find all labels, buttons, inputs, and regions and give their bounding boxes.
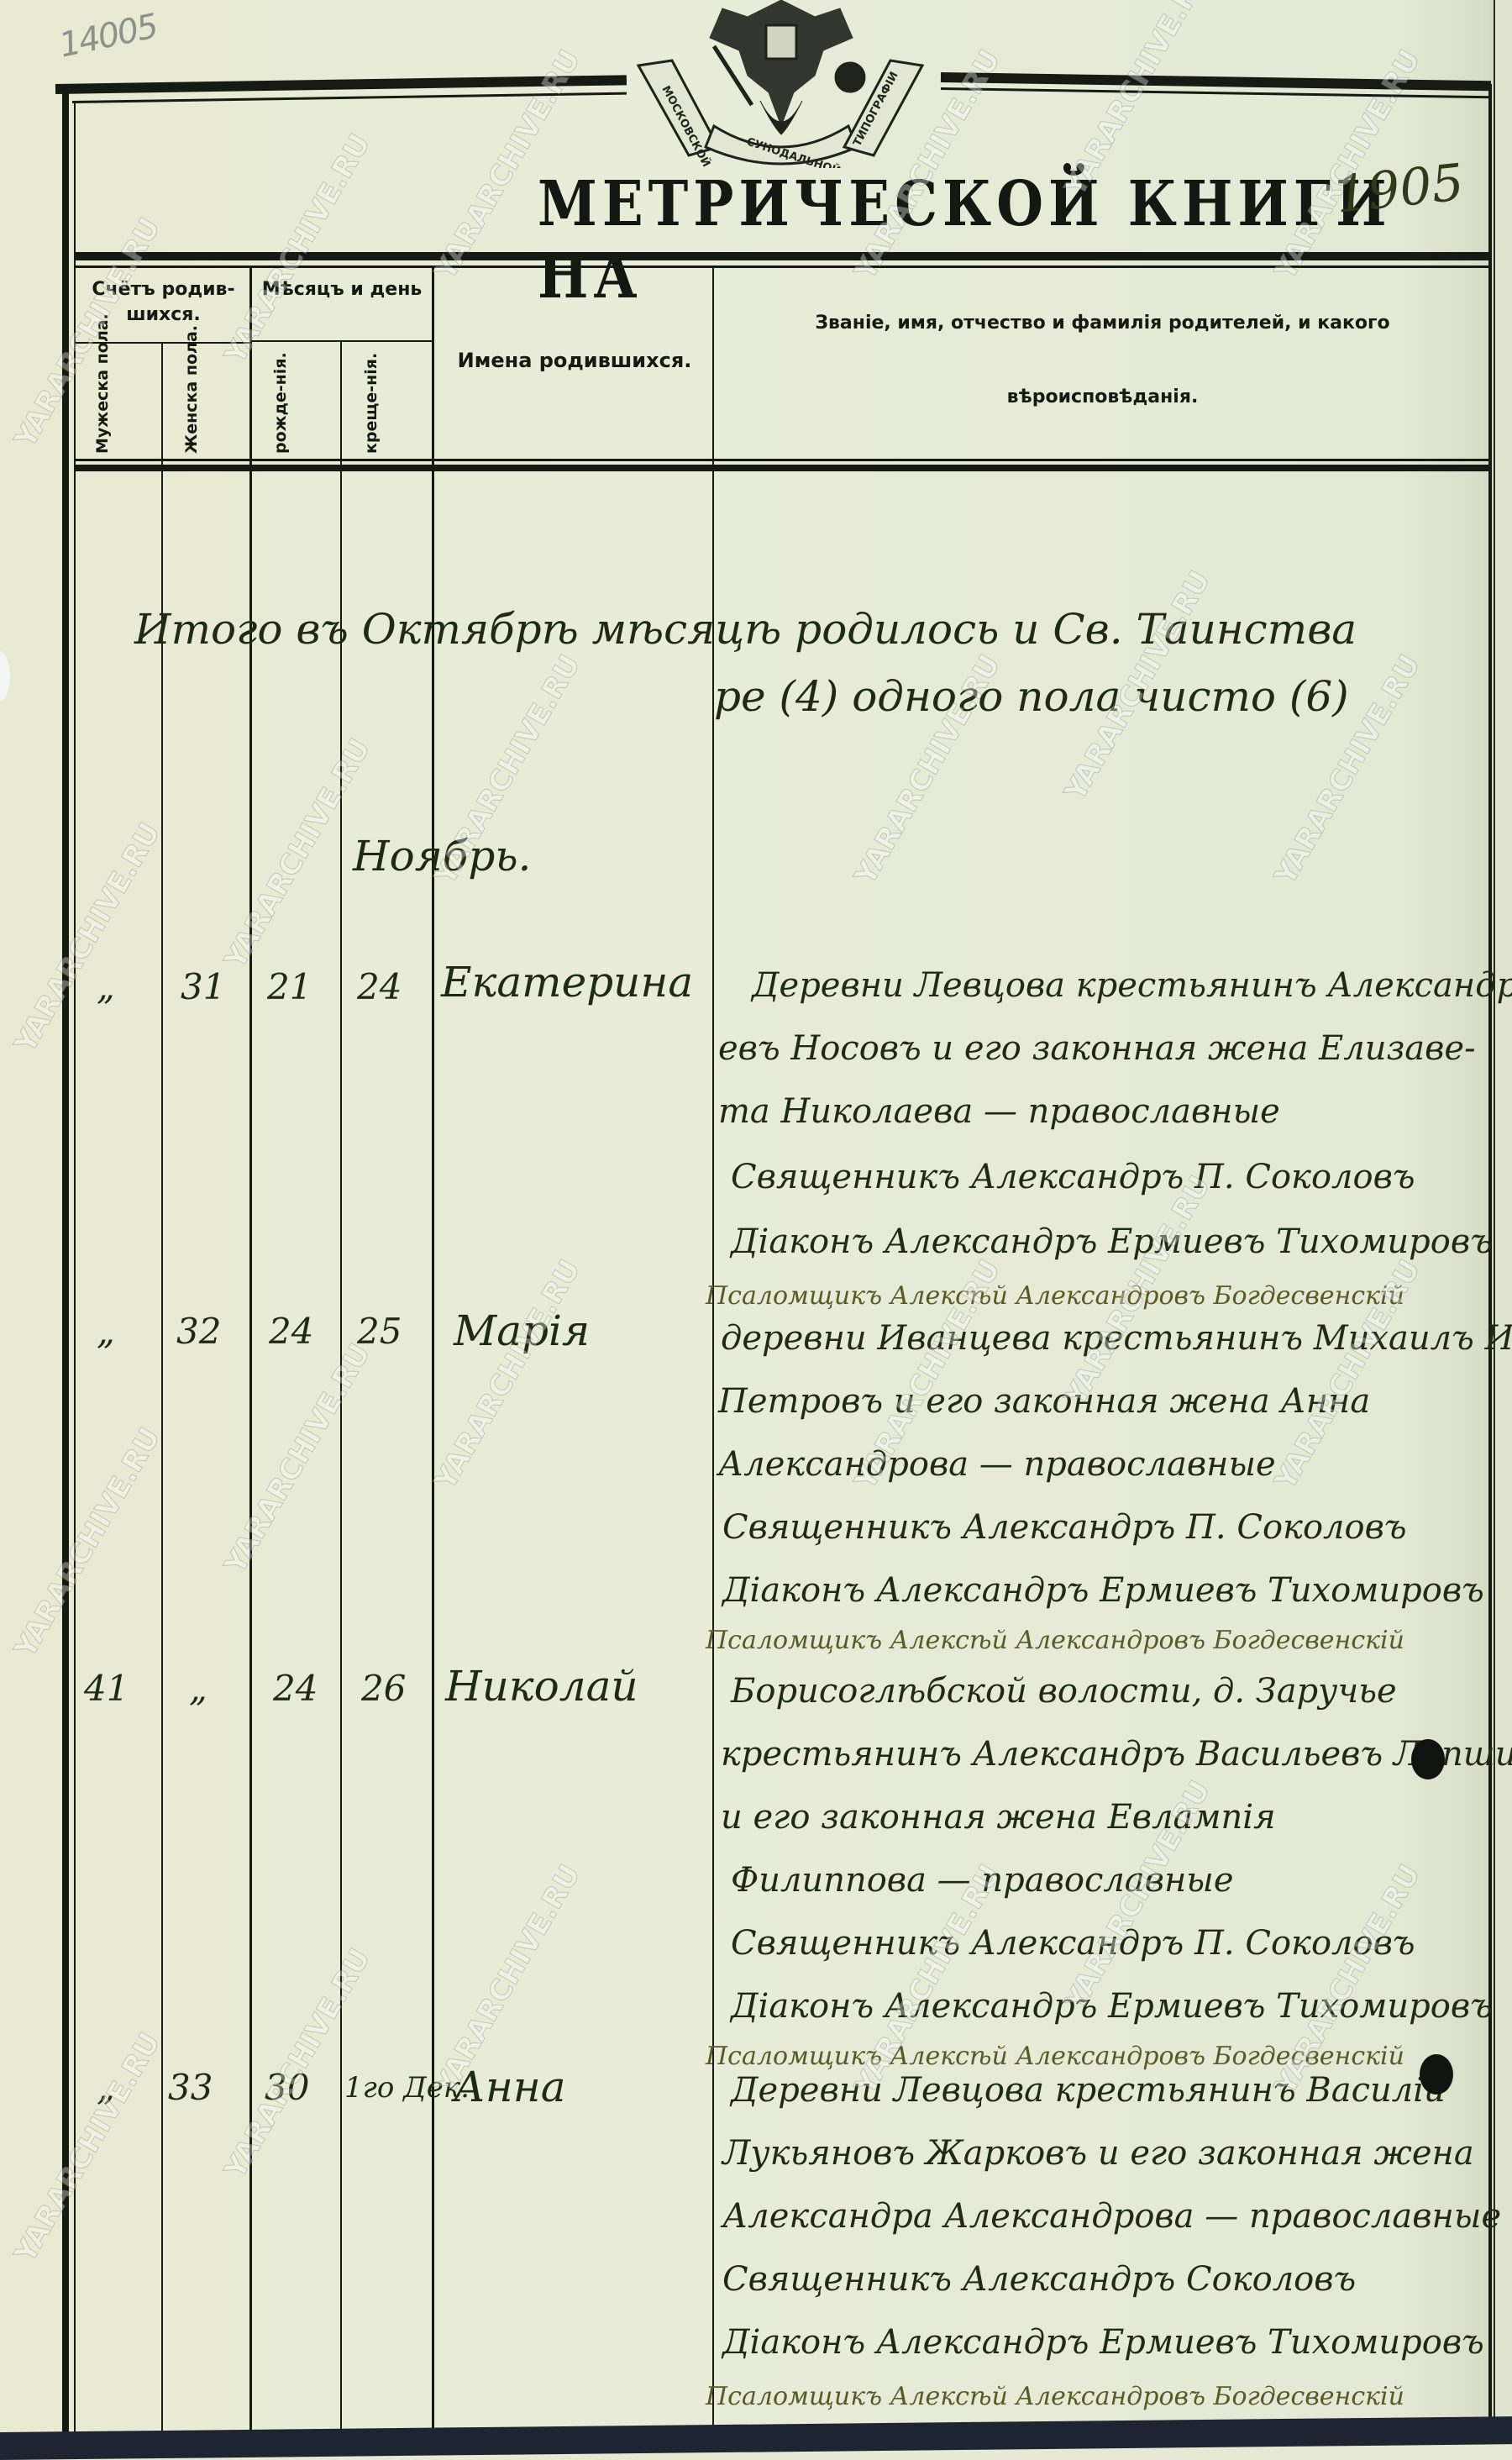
record-line: Священникъ Александръ П. Соколовъ (731, 1158, 1415, 1196)
record-line: Діаконъ Александръ Ермиевъ Тихомировъ (722, 2323, 1484, 2362)
col-line-4 (432, 265, 434, 2433)
record-line: Діаконъ Александръ Ермиевъ Тихомировъ (731, 1222, 1493, 1261)
month-heading: Ноябрь. (353, 832, 531, 880)
birth-day: 30 (265, 2067, 309, 2108)
record-line: деревни Иванцева крестьянинъ Михаилъ Ива… (721, 1319, 1512, 1358)
header-parents: Званіе, имя, отчество и фамилія родителе… (718, 313, 1487, 334)
record-line: крестьянинъ Александръ Васильевъ Лапшинъ (721, 1735, 1512, 1774)
psalmist-signature: Псаломщикъ Алексѣй Александровъ Богдесве… (706, 2042, 1404, 2071)
adjacent-page-edge (1494, 0, 1512, 2436)
header-female: Женска пола. (181, 353, 232, 454)
header-month-day: Мѣсяцъ и день (252, 277, 432, 302)
frame-top-thin (72, 92, 627, 103)
record-line: Борисоглѣбской волости, д. Заручье (731, 1672, 1397, 1711)
header-top-rule-thin (74, 265, 1490, 268)
female-count: 33 (168, 2067, 213, 2108)
october-summary-line1: Итого въ Октябрѣ мѣсяцѣ родилось и Св. Т… (134, 605, 1357, 654)
record-line: та Николаева — православные (718, 1092, 1280, 1131)
watermark: YARARCHIVE.RU (8, 213, 167, 454)
psalmist-signature: Псаломщикъ Алексѣй Александровъ Богдесве… (706, 1626, 1404, 1655)
male-count: „ (97, 2067, 115, 2108)
header-top-rule (74, 252, 1490, 260)
ink-blot (1411, 1739, 1445, 1779)
male-count: „ (97, 1311, 115, 1352)
header-birth: рожде-нія. (270, 353, 321, 454)
watermark: YARARCHIVE.RU (8, 817, 167, 1059)
female-count: 32 (176, 1311, 221, 1352)
record-line: Петровъ и его законная жена Анна (718, 1382, 1370, 1421)
psalmist-signature: Псаломщикъ Алексѣй Александровъ Богдесве… (706, 1281, 1404, 1311)
child-name: Анна (454, 2063, 566, 2111)
child-name: Екатерина (441, 958, 693, 1007)
header-bottom-rule (74, 459, 1490, 461)
header-bottom-rule-thick (74, 465, 1490, 471)
register-page: 14005 МОСКОВСКОЙ СУНОДАЛЬНОЙ ТИПОГРАФІИ … (0, 0, 1512, 2436)
header-male: Мужеска пола. (92, 353, 143, 454)
record-line: Деревни Левцова крестьянинъ Александръ А… (752, 966, 1512, 1005)
record-line: Лукьяновъ Жарковъ и его законная жена (722, 2134, 1474, 2173)
watermark: YARARCHIVE.RU (218, 1338, 377, 1580)
birth-day: 21 (267, 966, 312, 1007)
baptism-day: 24 (357, 966, 402, 1007)
col-line-2 (249, 265, 252, 2433)
watermark: YARARCHIVE.RU (218, 1943, 377, 2184)
subheader-divider-month (252, 340, 433, 342)
frame-left-thin (74, 101, 76, 2436)
october-summary-line2: ре (4) одного пола чисто (6) (714, 672, 1349, 721)
frame-left-thick (62, 87, 69, 2440)
ink-blot (1420, 2054, 1453, 2095)
record-line: и его законная жена Евлампія (721, 1798, 1276, 1837)
watermark: YARARCHIVE.RU (8, 1422, 167, 1664)
male-count: „ (97, 966, 115, 1007)
birth-day: 24 (269, 1311, 313, 1352)
col-line-1 (161, 342, 163, 2434)
record-line: Александрова — православные (718, 1445, 1276, 1484)
watermark: YARARCHIVE.RU (428, 1254, 587, 1495)
child-name: Марія (454, 1306, 590, 1355)
birth-day: 24 (273, 1668, 318, 1709)
psalmist-signature: Псаломщикъ Алексѣй Александровъ Богдесве… (706, 2382, 1404, 2411)
record-line: Священникъ Александръ П. Соколовъ (722, 1508, 1407, 1547)
baptism-day: 1го Дек. (344, 2071, 470, 2105)
female-count: 31 (181, 966, 225, 1007)
record-line: Діаконъ Александръ Ермиевъ Тихомировъ (722, 1571, 1484, 1610)
record-line: Александра Александрова — православные (722, 2197, 1501, 2236)
record-line: Священникъ Александръ П. Соколовъ (731, 1924, 1415, 1963)
child-name: Николай (445, 1662, 638, 1711)
record-line: Діаконъ Александръ Ермиевъ Тихомировъ (731, 1987, 1493, 2026)
header-names: Имена родившихся. (437, 349, 712, 372)
baptism-day: 25 (357, 1311, 402, 1352)
male-count: 41 (84, 1668, 129, 1709)
archive-sheet-number: 14005 (55, 7, 160, 65)
col-line-3 (340, 342, 342, 2434)
imperial-eagle-crest-icon: МОСКОВСКОЙ СУНОДАЛЬНОЙ ТИПОГРАФІИ (622, 0, 941, 168)
frame-top-thick (55, 75, 627, 94)
watermark: YARARCHIVE.RU (218, 129, 377, 370)
binding-hole (0, 651, 10, 702)
record-line: евъ Носовъ и его законная жена Елизаве- (718, 1029, 1476, 1068)
record-line: Священникъ Александръ Соколовъ (722, 2260, 1356, 2299)
female-count: „ (189, 1668, 207, 1709)
watermark: YARARCHIVE.RU (8, 2027, 167, 2268)
col-line-5 (712, 265, 714, 2433)
header-parents-line2: вѣроисповѣданія. (718, 386, 1487, 407)
baptism-day: 26 (361, 1668, 406, 1709)
record-line: Деревни Левцова крестьянинъ Василій (731, 2071, 1446, 2110)
header-baptism: креще-нія. (361, 353, 412, 454)
record-line: Филиппова — православные (731, 1861, 1234, 1900)
